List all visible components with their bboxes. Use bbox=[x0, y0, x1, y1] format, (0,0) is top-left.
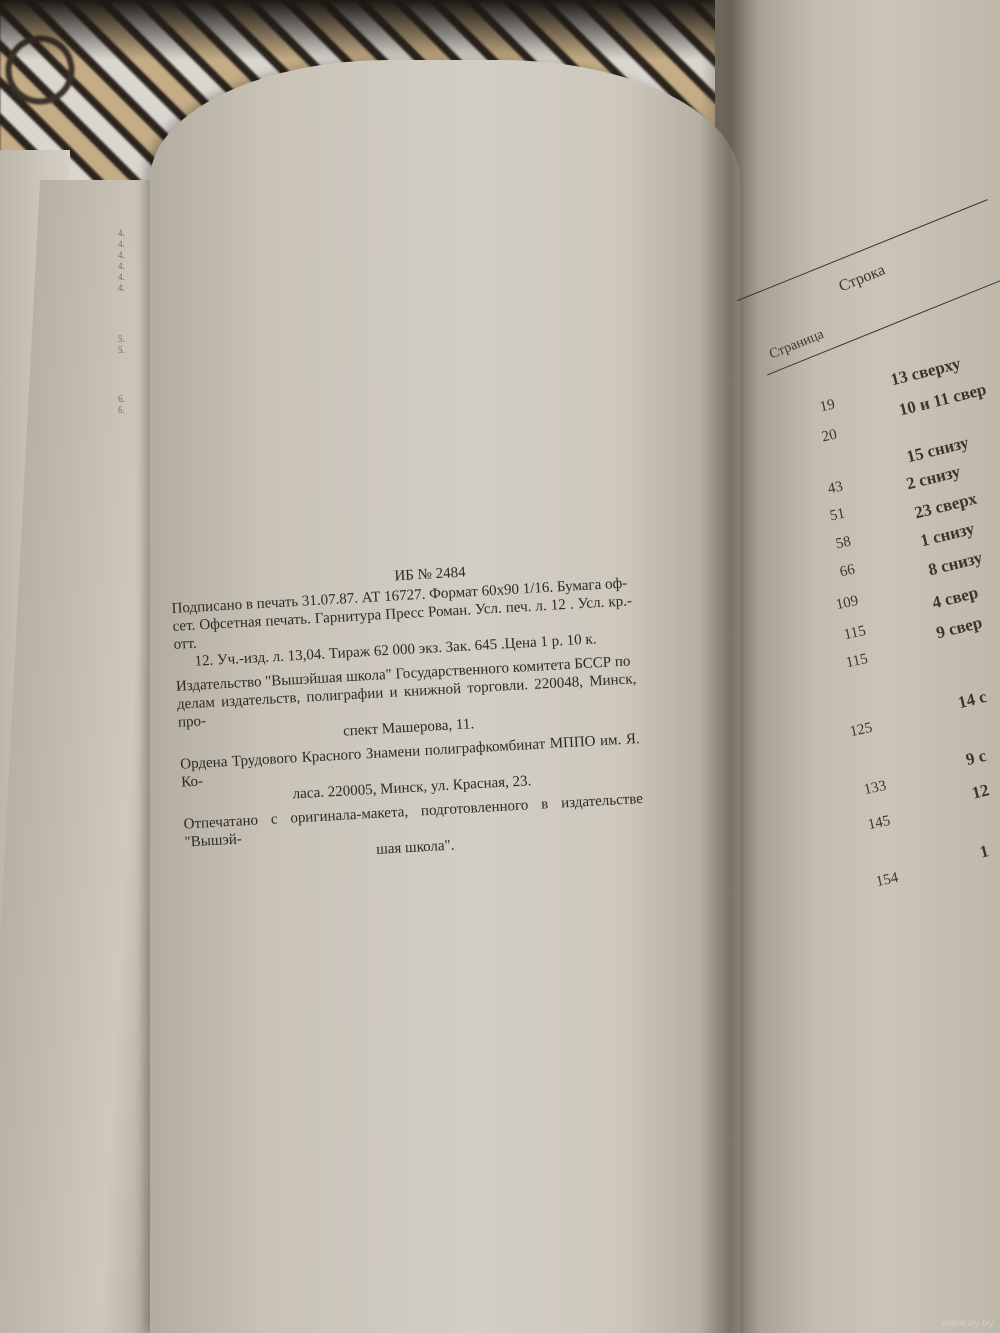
mark: 5. bbox=[118, 334, 148, 345]
errata-line-ref: 14 с bbox=[956, 687, 989, 713]
errata-page-number: 115 bbox=[844, 651, 869, 672]
errata-page-number: 19 bbox=[818, 397, 836, 417]
mark: 4. bbox=[118, 228, 148, 239]
errata-line-ref: 1 bbox=[978, 841, 991, 862]
errata-page-number: 58 bbox=[834, 534, 852, 554]
errata-page-number: 133 bbox=[862, 778, 888, 799]
errata-line-ref: 8 снизу bbox=[926, 548, 984, 581]
errata-line-ref: 4 свер bbox=[930, 583, 980, 614]
gutter-shadow bbox=[700, 0, 760, 1333]
column-header-line: Строка bbox=[836, 261, 888, 296]
errata-line-ref: 12 bbox=[970, 780, 991, 804]
previous-page-marks: 4. 4. 4. 4. 4. 4. 5. 5. 6. 6. bbox=[118, 228, 148, 448]
column-header-page: Страница bbox=[767, 327, 826, 363]
errata-page-number: 43 bbox=[826, 479, 844, 499]
errata-line-ref: 13 сверху bbox=[889, 354, 963, 391]
errata-page-number: 145 bbox=[866, 813, 892, 834]
errata-page-number: 115 bbox=[842, 623, 867, 644]
errata-page-number: 154 bbox=[874, 870, 900, 891]
mark: 4. bbox=[118, 239, 148, 250]
errata-page-number: 66 bbox=[838, 562, 856, 582]
errata-line-ref: 2 снизу bbox=[904, 462, 962, 495]
errata-line-ref: 9 свер bbox=[934, 613, 984, 644]
header-rule bbox=[767, 273, 1000, 375]
mark: 4. bbox=[118, 283, 148, 294]
mark: 6. bbox=[118, 394, 148, 405]
errata-page-number: 109 bbox=[834, 593, 860, 614]
errata-table: Строка Страница 192043515866109115115125… bbox=[780, 270, 1000, 970]
errata-page-number: 125 bbox=[848, 720, 874, 741]
mark: 5. bbox=[118, 345, 148, 356]
errata-line-ref: 1 снизу bbox=[918, 519, 976, 552]
errata-line-ref: 9 с bbox=[964, 746, 989, 770]
errata-page-number: 51 bbox=[828, 506, 846, 526]
mark: 4. bbox=[118, 250, 148, 261]
errata-line-ref: 15 снизу bbox=[905, 433, 971, 468]
mark: 4. bbox=[118, 272, 148, 283]
mark: 6. bbox=[118, 405, 148, 416]
errata-page-number: 20 bbox=[820, 427, 838, 447]
watermark: www.ay.by bbox=[941, 1318, 994, 1329]
mark: 4. bbox=[118, 261, 148, 272]
colophon-block: ИБ № 2484 Подписано в печать 31.07.87. А… bbox=[170, 554, 646, 875]
